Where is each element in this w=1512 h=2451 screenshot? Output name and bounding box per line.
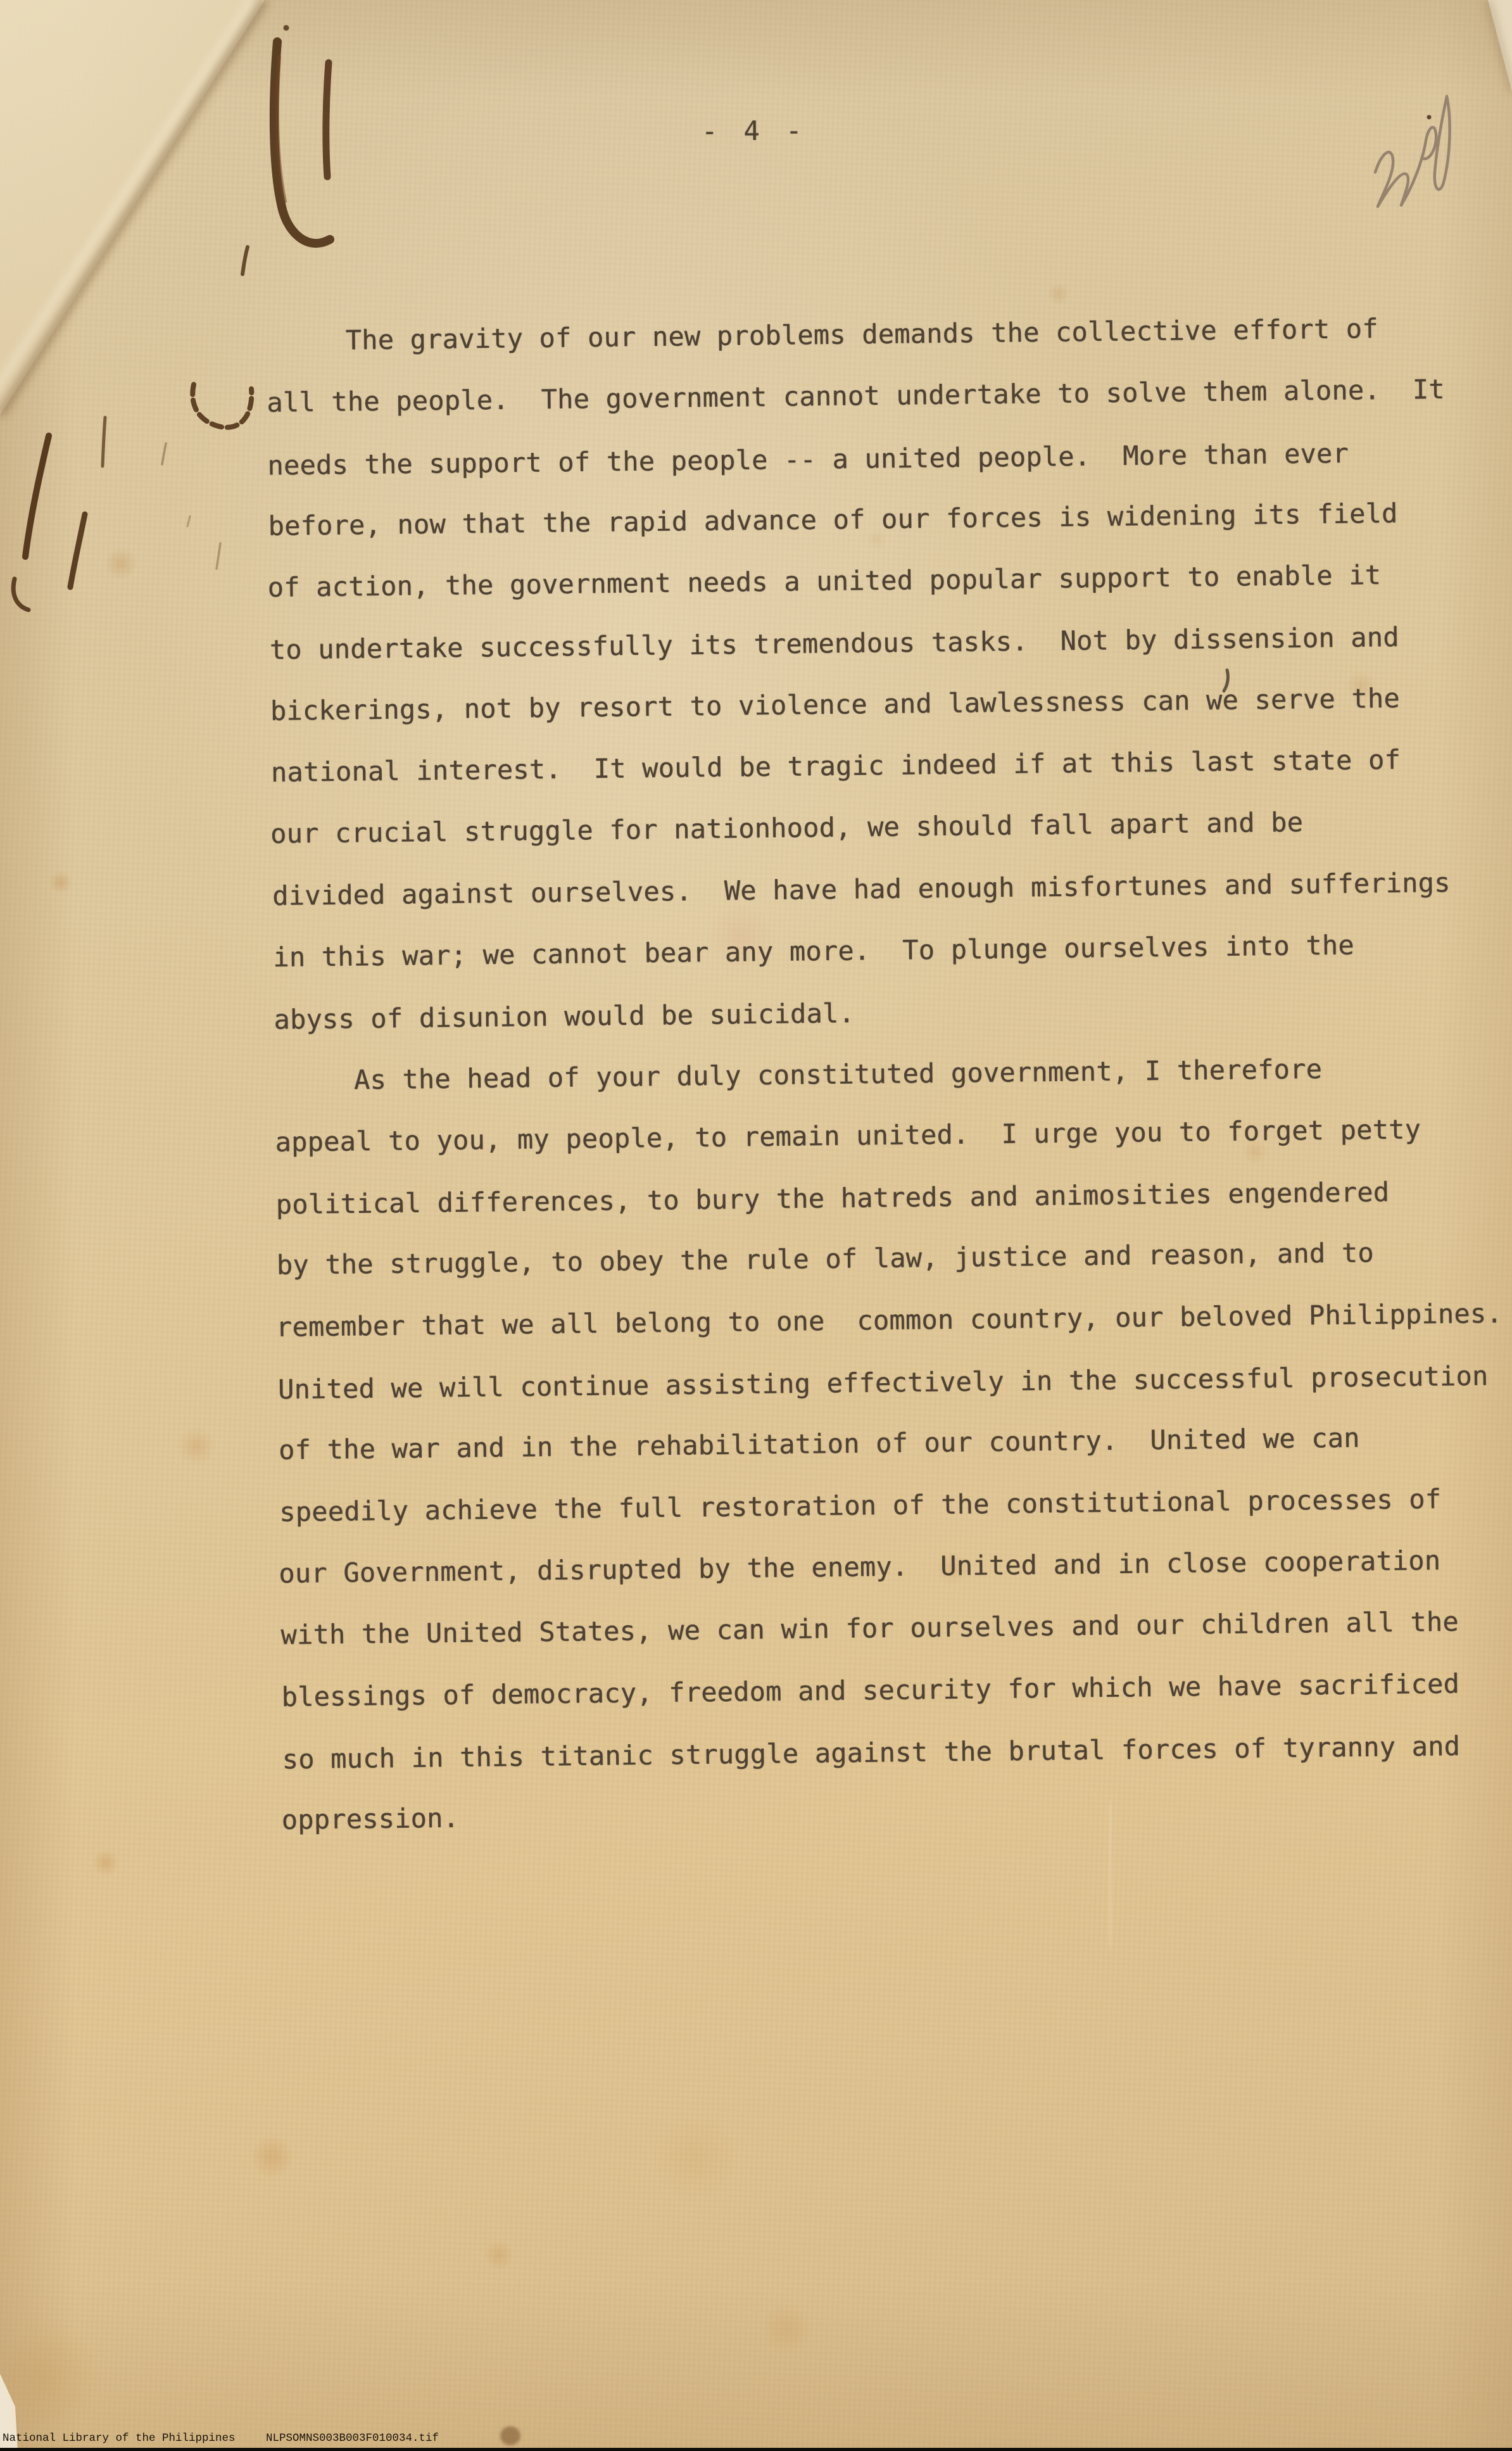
footer-library-label: National Library of the Philippines [3,2432,236,2445]
typewriter-text-block: The gravity of our new problems demands … [266,312,1512,1866]
pencil-scribble [1375,96,1450,206]
margin-ink-marks [13,384,251,610]
dust-fleck [1427,115,1432,120]
scan-footer: National Library of the Philippines NLPS… [0,2431,1512,2448]
scan-bottom-bar [0,2448,1512,2451]
typewritten-line: oppression. [281,1790,1512,1866]
footer-filename-label: NLPSOMNS003B003F010034.tif [266,2432,439,2445]
ink-blot-large [243,25,330,275]
corner-fold-top-right [1488,0,1512,92]
corner-fold-top-left [0,0,265,415]
scanned-document-page: - 4 - The gravity of our new problems de… [0,0,1512,2451]
page-number: - 4 - [702,115,807,146]
